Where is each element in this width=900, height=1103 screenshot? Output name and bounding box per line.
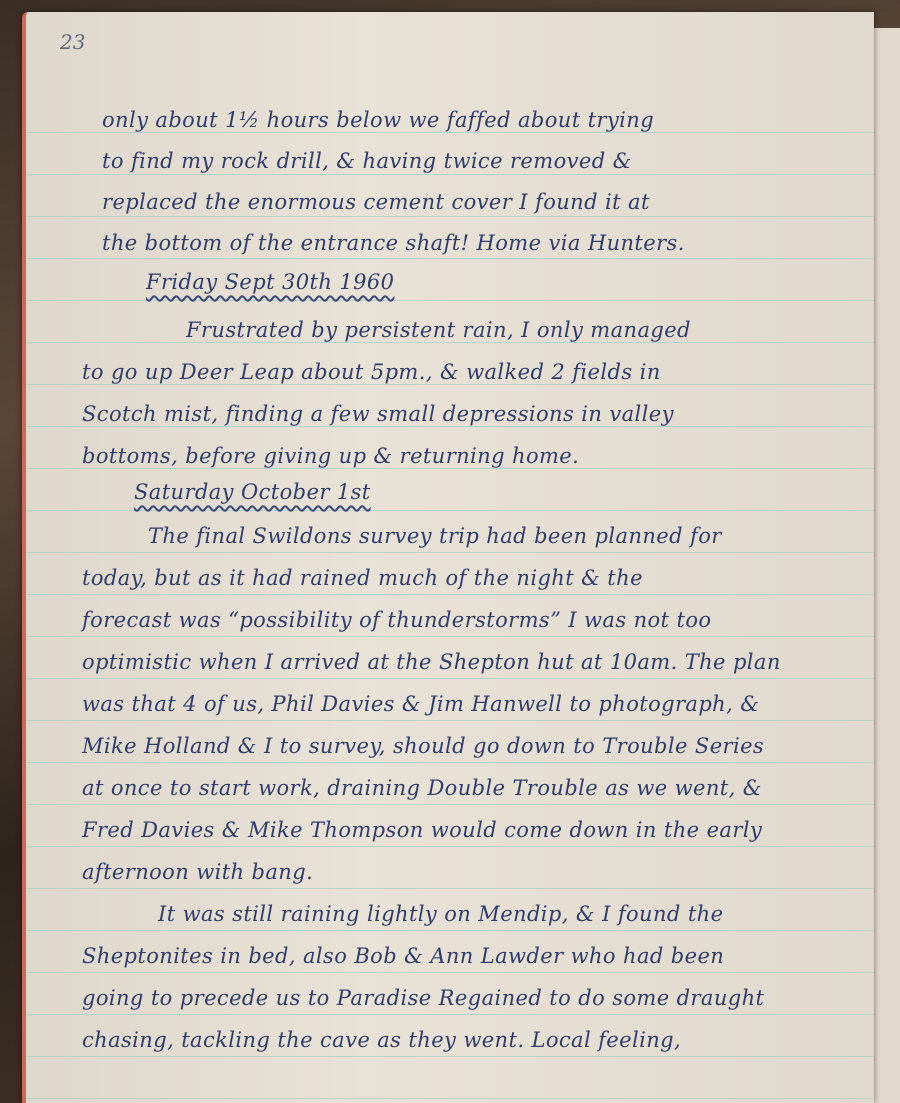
- text-line: going to precede us to Paradise Regained…: [82, 986, 874, 1010]
- ruled-line: [26, 258, 874, 259]
- adjacent-page-edge: [870, 28, 900, 1103]
- ruled-line: [26, 1056, 874, 1057]
- page-number: 23: [60, 30, 85, 54]
- ruled-line: [26, 216, 874, 217]
- ruled-line: [26, 384, 874, 385]
- text-line: Fred Davies & Mike Thompson would come d…: [82, 818, 874, 842]
- text-line: to go up Deer Leap about 5pm., & walked …: [82, 360, 874, 384]
- ruled-line: [26, 594, 874, 595]
- text-line: to find my rock drill, & having twice re…: [102, 149, 874, 173]
- text-line: the bottom of the entrance shaft! Home v…: [102, 231, 874, 255]
- ruled-line: [26, 510, 874, 511]
- text-line: The final Swildons survey trip had been …: [148, 524, 874, 548]
- ruled-line: [26, 678, 874, 679]
- entry-heading-friday: Friday Sept 30th 1960: [146, 270, 874, 294]
- ruled-line: [26, 888, 874, 889]
- text-line: afternoon with bang.: [82, 860, 874, 884]
- text-line: Scotch mist, finding a few small depress…: [82, 402, 874, 426]
- ruled-line: [26, 1098, 874, 1099]
- text-line: replaced the enormous cement cover I fou…: [102, 190, 874, 214]
- text-line: was that 4 of us, Phil Davies & Jim Hanw…: [82, 692, 874, 716]
- entry-heading-saturday: Saturday October 1st: [134, 480, 874, 504]
- text-line: bottoms, before giving up & returning ho…: [82, 444, 874, 468]
- ruled-line: [26, 174, 874, 175]
- text-line: today, but as it had rained much of the …: [82, 566, 874, 590]
- ruled-line: [26, 846, 874, 847]
- ruled-line: [26, 552, 874, 553]
- text-line: chasing, tackling the cave as they went.…: [82, 1028, 874, 1052]
- ruled-line: [26, 720, 874, 721]
- text-line: Frustrated by persistent rain, I only ma…: [186, 318, 874, 342]
- ruled-line: [26, 636, 874, 637]
- ruled-line: [26, 468, 874, 469]
- text-line: It was still raining lightly on Mendip, …: [158, 902, 874, 926]
- text-line: forecast was “possibility of thunderstor…: [82, 608, 874, 632]
- text-line: at once to start work, draining Double T…: [82, 776, 874, 800]
- ruled-line: [26, 426, 874, 427]
- ruled-line: [26, 342, 874, 343]
- text-line: Sheptonites in bed, also Bob & Ann Lawde…: [82, 944, 874, 968]
- text-line: optimistic when I arrived at the Shepton…: [82, 650, 874, 674]
- text-line: Mike Holland & I to survey, should go do…: [82, 734, 874, 758]
- ruled-line: [26, 1014, 874, 1015]
- ruled-line: [26, 972, 874, 973]
- ruled-line: [26, 762, 874, 763]
- ruled-line: [26, 930, 874, 931]
- ruled-line: [26, 804, 874, 805]
- text-line: only about 1½ hours below we faffed abou…: [102, 108, 874, 132]
- ruled-line: [26, 132, 874, 133]
- notebook-page: 23 only about 1½ hours below we faffed a…: [22, 12, 874, 1103]
- ruled-line: [26, 300, 874, 301]
